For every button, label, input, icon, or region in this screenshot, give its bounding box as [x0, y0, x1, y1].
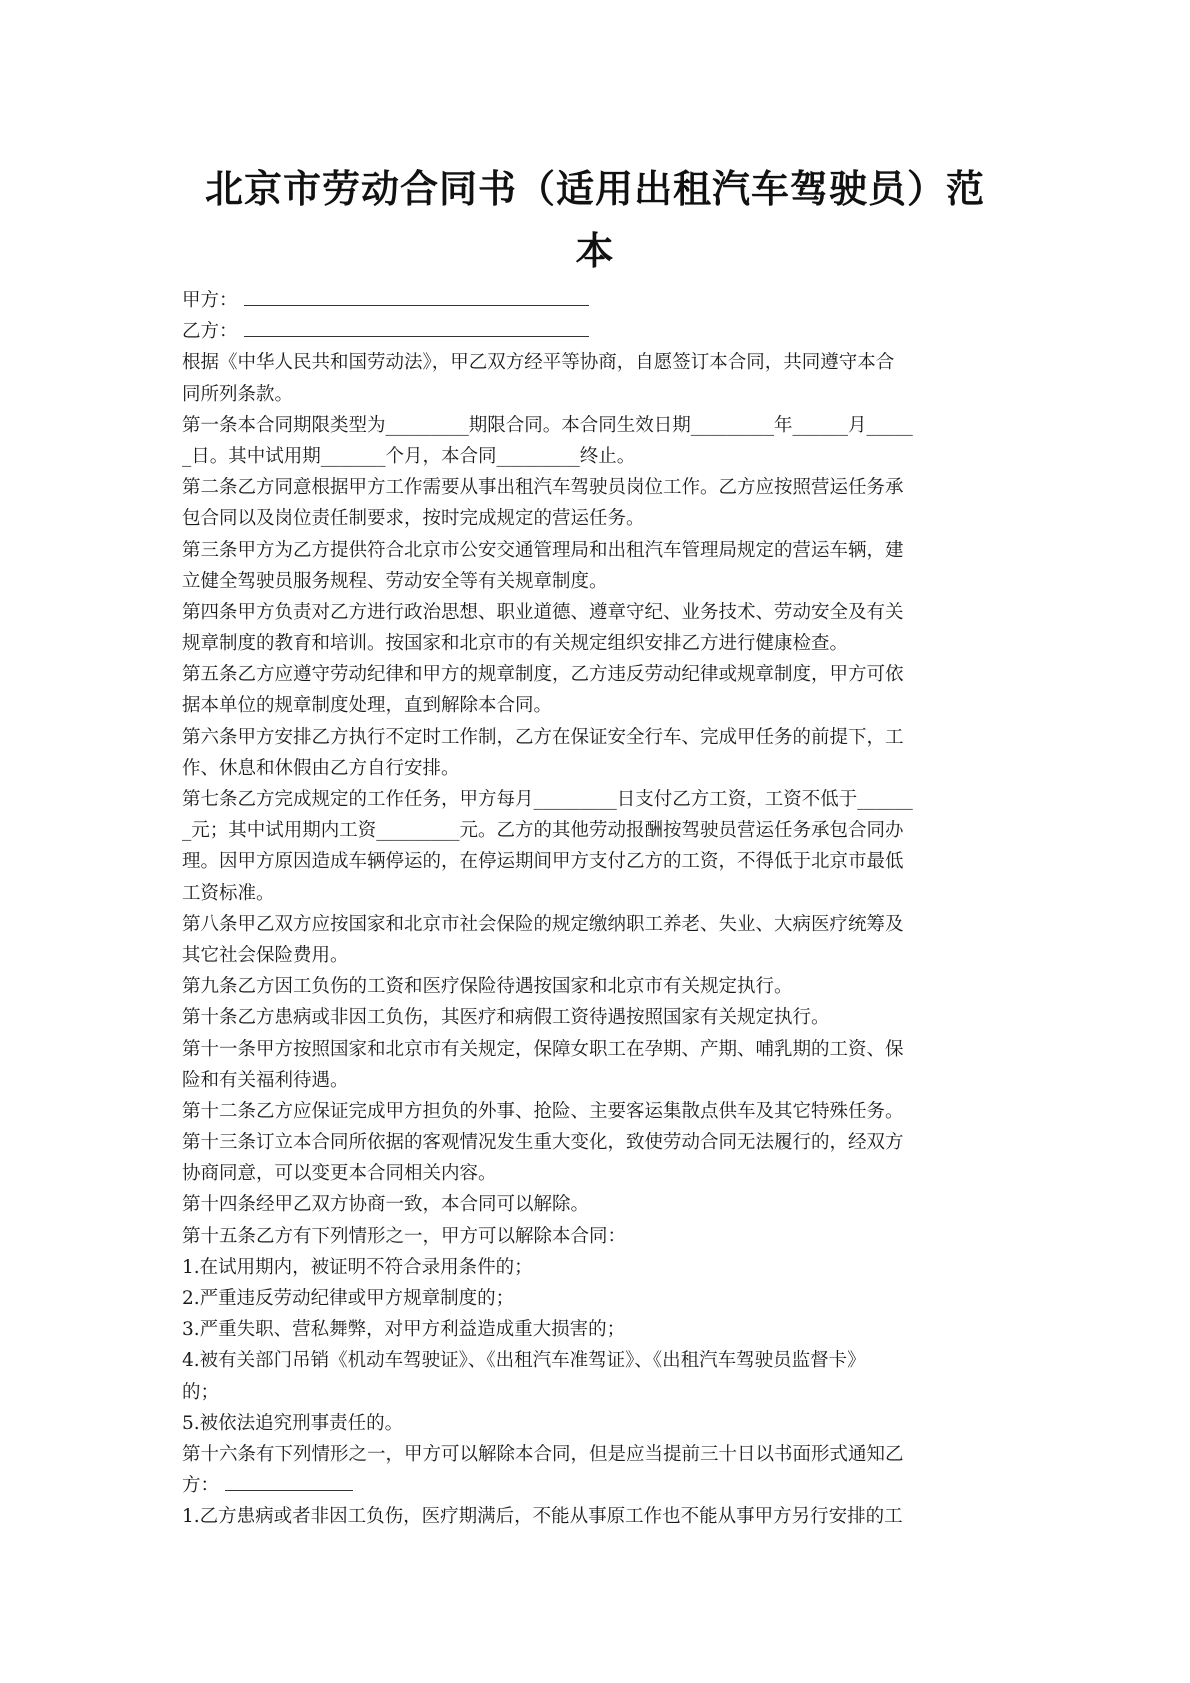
- article-15-line: 第十五条乙方有下列情形之一，甲方可以解除本合同：: [182, 1221, 1017, 1252]
- article-15-item-1: 1.在试用期内，被证明不符合录用条件的；: [182, 1252, 1017, 1283]
- article-7-line: _元；其中试用期内工资_________元。乙方的其他劳动报酬按驾驶员营运任务承…: [182, 815, 1017, 846]
- article-3-line: 第三条甲方为乙方提供符合北京市公安交通管理局和出租汽车管理局规定的营运车辆，建: [182, 535, 1017, 566]
- article-13-line: 第十三条订立本合同所依据的客观情况发生重大变化，致使劳动合同无法履行的，经双方: [182, 1127, 1017, 1158]
- article-7-line: 工资标准。: [182, 878, 1017, 909]
- article-5-line: 第五条乙方应遵守劳动纪律和甲方的规章制度，乙方违反劳动纪律或规章制度，甲方可依: [182, 659, 1017, 690]
- party-a-line: 甲方：: [182, 285, 1017, 316]
- article-14-line: 第十四条经甲乙双方协商一致，本合同可以解除。: [182, 1189, 1017, 1220]
- article-15-item-4: 的；: [182, 1377, 1017, 1408]
- article-7-line: 理。因甲方原因造成车辆停运的，在停运期间甲方支付乙方的工资，不得低于北京市最低: [182, 846, 1017, 877]
- article-10-line: 第十条乙方患病或非因工负伤，其医疗和病假工资待遇按照国家有关规定执行。: [182, 1002, 1017, 1033]
- article-11-line: 第十一条甲方按照国家和北京市有关规定，保障女职工在孕期、产期、哺乳期的工资、保: [182, 1034, 1017, 1065]
- article-1-line: _日。其中试用期_______个月，本合同_________终止。: [182, 441, 1017, 472]
- article-16-line: 方：: [182, 1470, 1017, 1501]
- article-9-line: 第九条乙方因工负伤的工资和医疗保险待遇按国家和北京市有关规定执行。: [182, 971, 1017, 1002]
- article-6-line: 第六条甲方安排乙方执行不定时工作制，乙方在保证安全行车、完成甲任务的前提下，工: [182, 722, 1017, 753]
- article-2-line: 包合同以及岗位责任制要求，按时完成规定的营运任务。: [182, 503, 1017, 534]
- title-line-1: 北京市劳动合同书（适用出租汽车驾驶员）范: [180, 158, 1010, 220]
- party-b-line: 乙方：: [182, 316, 1017, 347]
- document-body: 甲方： 乙方： 根据《中华人民共和国劳动法》，甲乙双方经平等协商，自愿签订本合同…: [182, 285, 1017, 1533]
- preamble-line: 根据《中华人民共和国劳动法》，甲乙双方经平等协商，自愿签订本合同，共同遵守本合: [182, 347, 1017, 378]
- party-a-blank: [244, 287, 589, 306]
- article-15-item-2: 2.严重违反劳动纪律或甲方规章制度的；: [182, 1283, 1017, 1314]
- preamble-line: 同所列条款。: [182, 379, 1017, 410]
- article-8-line: 第八条甲乙双方应按国家和北京市社会保险的规定缴纳职工养老、失业、大病医疗统筹及: [182, 909, 1017, 940]
- article-2-line: 第二条乙方同意根据甲方工作需要从事出租汽车驾驶员岗位工作。乙方应按照营运任务承: [182, 472, 1017, 503]
- document-title: 北京市劳动合同书（适用出租汽车驾驶员）范 本: [180, 158, 1010, 282]
- article-12-line: 第十二条乙方应保证完成甲方担负的外事、抢险、主要客运集散点供车及其它特殊任务。: [182, 1096, 1017, 1127]
- article-16-party-label: 方：: [182, 1475, 219, 1496]
- article-7-line: 第七条乙方完成规定的工作任务，甲方每月_________日支付乙方工资，工资不低…: [182, 784, 1017, 815]
- article-15-item-3: 3.严重失职、营私舞弊，对甲方利益造成重大损害的；: [182, 1314, 1017, 1345]
- party-b-blank: [244, 318, 589, 337]
- article-15-item-5: 5.被依法追究刑事责任的。: [182, 1408, 1017, 1439]
- document-page: 北京市劳动合同书（适用出租汽车驾驶员）范 本 甲方： 乙方： 根据《中华人民共和…: [0, 0, 1190, 1683]
- article-6-line: 作、休息和休假由乙方自行安排。: [182, 753, 1017, 784]
- party-b-label: 乙方：: [182, 321, 238, 342]
- article-8-line: 其它社会保险费用。: [182, 940, 1017, 971]
- article-11-line: 险和有关福利待遇。: [182, 1065, 1017, 1096]
- article-16-item-1: 1.乙方患病或者非因工负伤，医疗期满后，不能从事原工作也不能从事甲方另行安排的工: [182, 1501, 1017, 1532]
- article-13-line: 协商同意，可以变更本合同相关内容。: [182, 1158, 1017, 1189]
- article-5-line: 据本单位的规章制度处理，直到解除本合同。: [182, 690, 1017, 721]
- article-1-line: 第一条本合同期限类型为_________期限合同。本合同生效日期________…: [182, 410, 1017, 441]
- article-16-blank: [225, 1472, 353, 1491]
- article-15-item-4: 4.被有关部门吊销《机动车驾驶证》、《出租汽车准驾证》、《出租汽车驾驶员监督卡》: [182, 1345, 1017, 1376]
- article-4-line: 第四条甲方负责对乙方进行政治思想、职业道德、遵章守纪、业务技术、劳动安全及有关: [182, 597, 1017, 628]
- title-line-2: 本: [180, 220, 1010, 282]
- article-3-line: 立健全驾驶员服务规程、劳动安全等有关规章制度。: [182, 566, 1017, 597]
- article-16-line: 第十六条有下列情形之一，甲方可以解除本合同，但是应当提前三十日以书面形式通知乙: [182, 1439, 1017, 1470]
- party-a-label: 甲方：: [182, 290, 238, 311]
- article-4-line: 规章制度的教育和培训。按国家和北京市的有关规定组织安排乙方进行健康检查。: [182, 628, 1017, 659]
